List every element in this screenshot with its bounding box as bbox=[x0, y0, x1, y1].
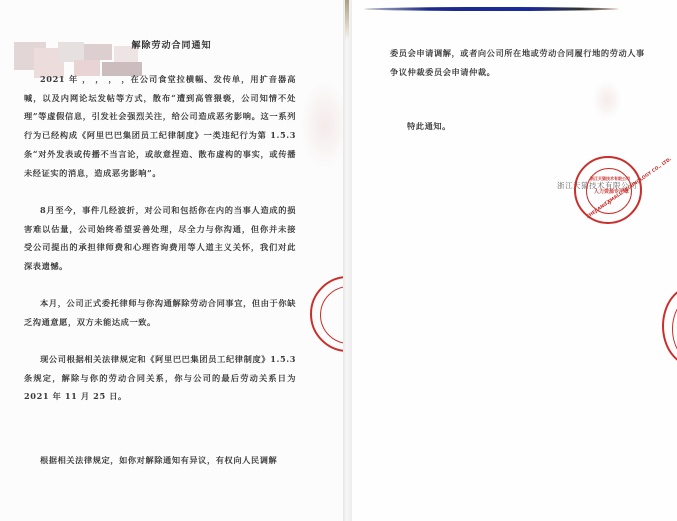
company-seal-partial-right bbox=[662, 286, 677, 366]
right-paragraph-1: 委员会申请调解，或者向公司所在地或劳动合同履行地的劳动人事争议仲裁委员会申请仲裁… bbox=[390, 44, 652, 81]
document-page-right: 委员会申请调解，或者向公司所在地或劳动合同履行地的劳动人事争议仲裁委员会申请仲裁… bbox=[352, 0, 677, 521]
company-seal: ZHEJIANG TMALL TECHNOLOGY CO., LTD. 浙江天猫… bbox=[574, 156, 642, 224]
paragraph-3-text: 本月，公司正式委托律师与你沟通解除劳动合同事宜，但由于你缺乏沟通意愿，双方未能达… bbox=[24, 298, 296, 327]
binding-stain bbox=[345, 0, 349, 40]
paragraph-5-text: 根据相关法律规定，如你对解除通知有异议，有权向人民调解 bbox=[40, 455, 277, 465]
page-gutter bbox=[343, 0, 352, 521]
seal-center-text: 人力资源专用章 bbox=[594, 188, 629, 195]
paragraph-4: 现公司根据相关法律规定和《阿里巴巴集团员工纪律制度》1.5.3条规定，解除与你的… bbox=[24, 350, 296, 406]
header-divider-line bbox=[364, 7, 619, 11]
document-title: 解除劳动合同通知 bbox=[0, 38, 343, 51]
closing-line: 特此通知。 bbox=[407, 117, 669, 136]
paragraph-4-text: 现公司根据相关法律规定和《阿里巴巴集团员工纪律制度》1.5.3条规定，解除与你的… bbox=[24, 354, 296, 401]
seal-inner-text: 浙江天猫技术有限公司 bbox=[590, 176, 630, 182]
paragraph-1: 2021 年 ， ， ， ，在公司食堂拉横幅、发传单，用扩音器高喊，以及内网论坛… bbox=[24, 70, 296, 182]
company-seal-partial-left: ZHEJIANG TMALL TECHNOLOGY CO., LTD. bbox=[310, 276, 343, 352]
document-page-left: 解除劳动合同通知 2021 年 ， ， ， ，在公司食堂拉横幅、发传单，用扩音器… bbox=[0, 0, 343, 521]
paragraph-3: 本月，公司正式委托律师与你沟通解除劳动合同事宜，但由于你缺乏沟通意愿，双方未能达… bbox=[24, 294, 296, 331]
bleed-through-mark bbox=[300, 80, 343, 170]
seal-number: (1) bbox=[605, 200, 611, 205]
paragraph-2-text: 8月至今，事件几经波折，对公司和包括你在内的当事人造成的损害难以估量，公司始终希… bbox=[24, 205, 296, 271]
bleed-through-mark bbox=[592, 80, 622, 120]
paragraph-2: 8月至今，事件几经波折，对公司和包括你在内的当事人造成的损害难以估量，公司始终希… bbox=[24, 201, 296, 276]
paragraph-1-text: 2021 年 ， ， ， ，在公司食堂拉横幅、发传单，用扩音器高喊，以及内网论坛… bbox=[24, 74, 296, 178]
paragraph-5: 根据相关法律规定，如你对解除通知有异议，有权向人民调解 bbox=[24, 451, 296, 470]
